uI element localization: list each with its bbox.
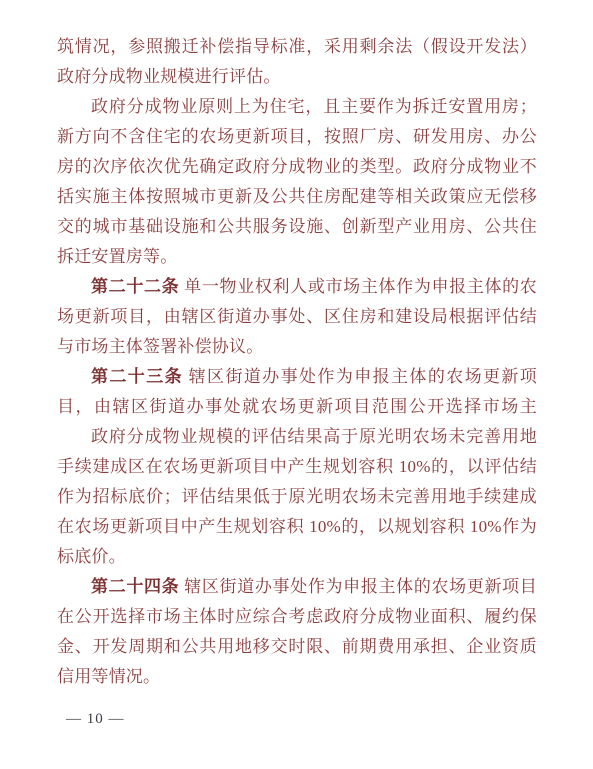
text-line: 与市场主体签署补偿协议。 <box>57 332 537 362</box>
line-text: 场更新项目，由辖区街道办事处、区住房和建设局根据评估结果 <box>57 307 537 332</box>
line-text: 拆迁安置房等。 <box>57 247 177 266</box>
text-line: 第二十四条 辖区街道办事处作为申报主体的农场更新项目 <box>57 572 537 602</box>
line-text: 政府分成物业规模进行评估。 <box>57 67 281 86</box>
text-line: 括实施主体按照城市更新及公共住房配建等相关政策应无偿移 <box>57 182 537 212</box>
line-text: 信用等情况。 <box>57 667 160 686</box>
text-line: 第二十二条 单一物业权利人或市场主体作为申报主体的农 <box>57 272 537 302</box>
document-body: 筑情况，参照搬迁补偿指导标准，采用剩余法（假设开发法）对 政府分成物业规模进行评… <box>57 32 537 692</box>
line-text: 筑情况，参照搬迁补偿指导标准，采用剩余法（假设开发法）对 <box>57 37 537 62</box>
text-line: 在公开选择市场主体时应综合考虑政府分成物业面积、履约保证 <box>57 602 537 632</box>
line-text: 标底价。 <box>57 547 126 566</box>
text-line: 标底价。 <box>57 542 537 572</box>
line-text: 房的次序依次优先确定政府分成物业的类型。政府分成物业不包 <box>57 157 537 182</box>
line-text: 手续建成区在农场更新项目中产生规划容积 10%的，以评估结果 <box>57 457 537 482</box>
text-line: 作为招标底价；评估结果低于原光明农场未完善用地手续建成区 <box>57 482 537 512</box>
line-text: 单一物业权利人或市场主体作为申报主体的农 <box>179 277 537 296</box>
line-text: 新方向不含住宅的农场更新项目，按照厂房、研发用房、办公用 <box>57 127 537 152</box>
article-24-number: 第二十四条 <box>91 577 179 596</box>
line-text: 辖区街道办事处作为申报主体的农场更新项 <box>183 367 537 386</box>
text-line: 在农场更新项目中产生规划容积 10%的，以规划容积 10%作为招 <box>57 512 537 542</box>
text-line: 政府分成物业原则上为住宅，且主要作为拆迁安置用房；更 <box>57 92 537 122</box>
line-text: 括实施主体按照城市更新及公共住房配建等相关政策应无偿移 <box>57 187 537 206</box>
line-text: 政府分成物业原则上为住宅，且主要作为拆迁安置用房；更 <box>57 97 537 122</box>
article-22-number: 第二十二条 <box>91 277 179 296</box>
text-line: 场更新项目，由辖区街道办事处、区住房和建设局根据评估结果 <box>57 302 537 332</box>
line-text: 在农场更新项目中产生规划容积 10%的，以规划容积 10%作为招 <box>57 517 537 542</box>
text-line: 交的城市基础设施和公共服务设施、创新型产业用房、公共住房、 <box>57 212 537 242</box>
text-line: 政府分成物业规模的评估结果高于原光明农场未完善用地 <box>57 422 537 452</box>
text-line: 新方向不含住宅的农场更新项目，按照厂房、研发用房、办公用 <box>57 122 537 152</box>
line-text: 交的城市基础设施和公共服务设施、创新型产业用房、公共住房、 <box>57 217 537 242</box>
text-line: 房的次序依次优先确定政府分成物业的类型。政府分成物业不包 <box>57 152 537 182</box>
text-line: 金、开发周期和公共用地移交时限、前期费用承担、企业资质及 <box>57 632 537 662</box>
line-text: 辖区街道办事处作为申报主体的农场更新项目 <box>179 577 537 596</box>
text-line: 政府分成物业规模进行评估。 <box>57 62 537 92</box>
line-text: 金、开发周期和公共用地移交时限、前期费用承担、企业资质及 <box>57 637 537 662</box>
line-text: 作为招标底价；评估结果低于原光明农场未完善用地手续建成区 <box>57 487 537 512</box>
line-text: 在公开选择市场主体时应综合考虑政府分成物业面积、履约保证 <box>57 607 537 632</box>
text-line: 手续建成区在农场更新项目中产生规划容积 10%的，以评估结果 <box>57 452 537 482</box>
line-text: 政府分成物业规模的评估结果高于原光明农场未完善用地 <box>91 427 537 446</box>
document-page: 筑情况，参照搬迁补偿指导标准，采用剩余法（假设开发法）对 政府分成物业规模进行评… <box>0 0 593 769</box>
line-text: 与市场主体签署补偿协议。 <box>57 337 263 356</box>
page-number: — 10 — <box>66 709 125 729</box>
text-line: 第二十三条 辖区街道办事处作为申报主体的农场更新项 <box>57 362 537 392</box>
article-23-number: 第二十三条 <box>91 367 183 386</box>
text-line: 拆迁安置房等。 <box>57 242 537 272</box>
line-text: 目，由辖区街道办事处就农场更新项目范围公开选择市场主体。 <box>57 397 537 422</box>
text-line: 目，由辖区街道办事处就农场更新项目范围公开选择市场主体。 <box>57 392 537 422</box>
text-line: 筑情况，参照搬迁补偿指导标准，采用剩余法（假设开发法）对 <box>57 32 537 62</box>
text-line: 信用等情况。 <box>57 662 537 692</box>
